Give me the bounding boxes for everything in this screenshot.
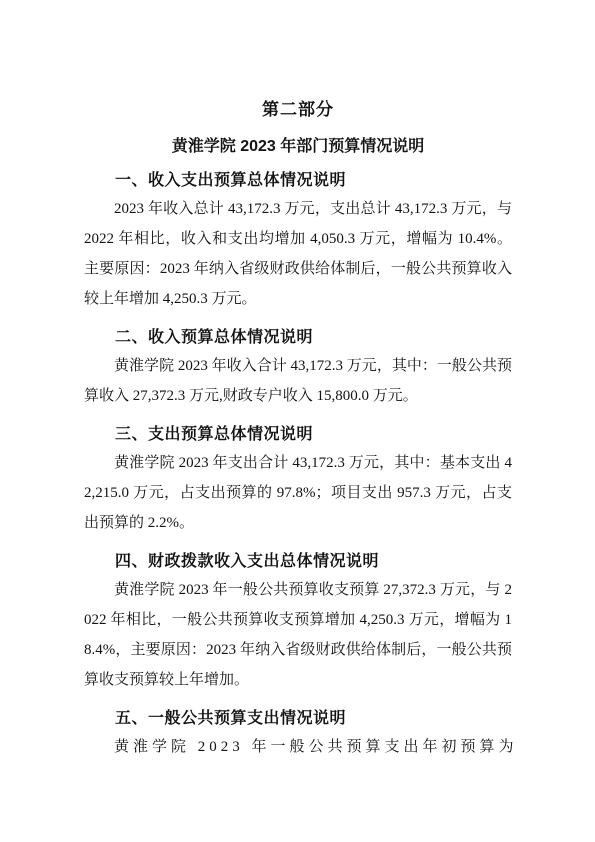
section-expense-budget-overview: 三、支出预算总体情况说明 黄淮学院 2023 年支出合计 43,172.3 万元… [84, 425, 512, 538]
section-3-paragraph: 黄淮学院 2023 年支出合计 43,172.3 万元，其中：基本支出 42,2… [84, 448, 512, 538]
section-general-public-budget-expense: 五、一般公共预算支出情况说明 黄淮学院 2023 年一般公共预算支出年初预算为 [84, 709, 512, 762]
section-2-heading: 二、收入预算总体情况说明 [84, 328, 512, 348]
section-income-budget-overview: 二、收入预算总体情况说明 黄淮学院 2023 年收入合计 43,172.3 万元… [84, 328, 512, 411]
section-3-heading: 三、支出预算总体情况说明 [84, 425, 512, 445]
section-income-expense-overview: 一、收入支出预算总体情况说明 2023 年收入总计 43,172.3 万元，支出… [84, 171, 512, 314]
document-title: 黄淮学院 2023 年部门预算情况说明 [84, 137, 512, 157]
section-4-heading: 四、财政拨款收入支出总体情况说明 [84, 552, 512, 572]
section-fiscal-appropriation-overview: 四、财政拨款收入支出总体情况说明 黄淮学院 2023 年一般公共预算收支预算 2… [84, 552, 512, 695]
section-1-heading: 一、收入支出预算总体情况说明 [84, 171, 512, 191]
section-4-paragraph: 黄淮学院 2023 年一般公共预算收支预算 27,372.3 万元，与 2022… [84, 575, 512, 695]
section-5-heading: 五、一般公共预算支出情况说明 [84, 709, 512, 729]
section-5-paragraph: 黄淮学院 2023 年一般公共预算支出年初预算为 [84, 732, 512, 762]
document-page: 第二部分 黄淮学院 2023 年部门预算情况说明 一、收入支出预算总体情况说明 … [0, 0, 595, 842]
part-title: 第二部分 [84, 100, 512, 120]
section-1-paragraph: 2023 年收入总计 43,172.3 万元，支出总计 43,172.3 万元，… [84, 194, 512, 314]
section-2-paragraph: 黄淮学院 2023 年收入合计 43,172.3 万元，其中：一般公共预算收入 … [84, 351, 512, 411]
